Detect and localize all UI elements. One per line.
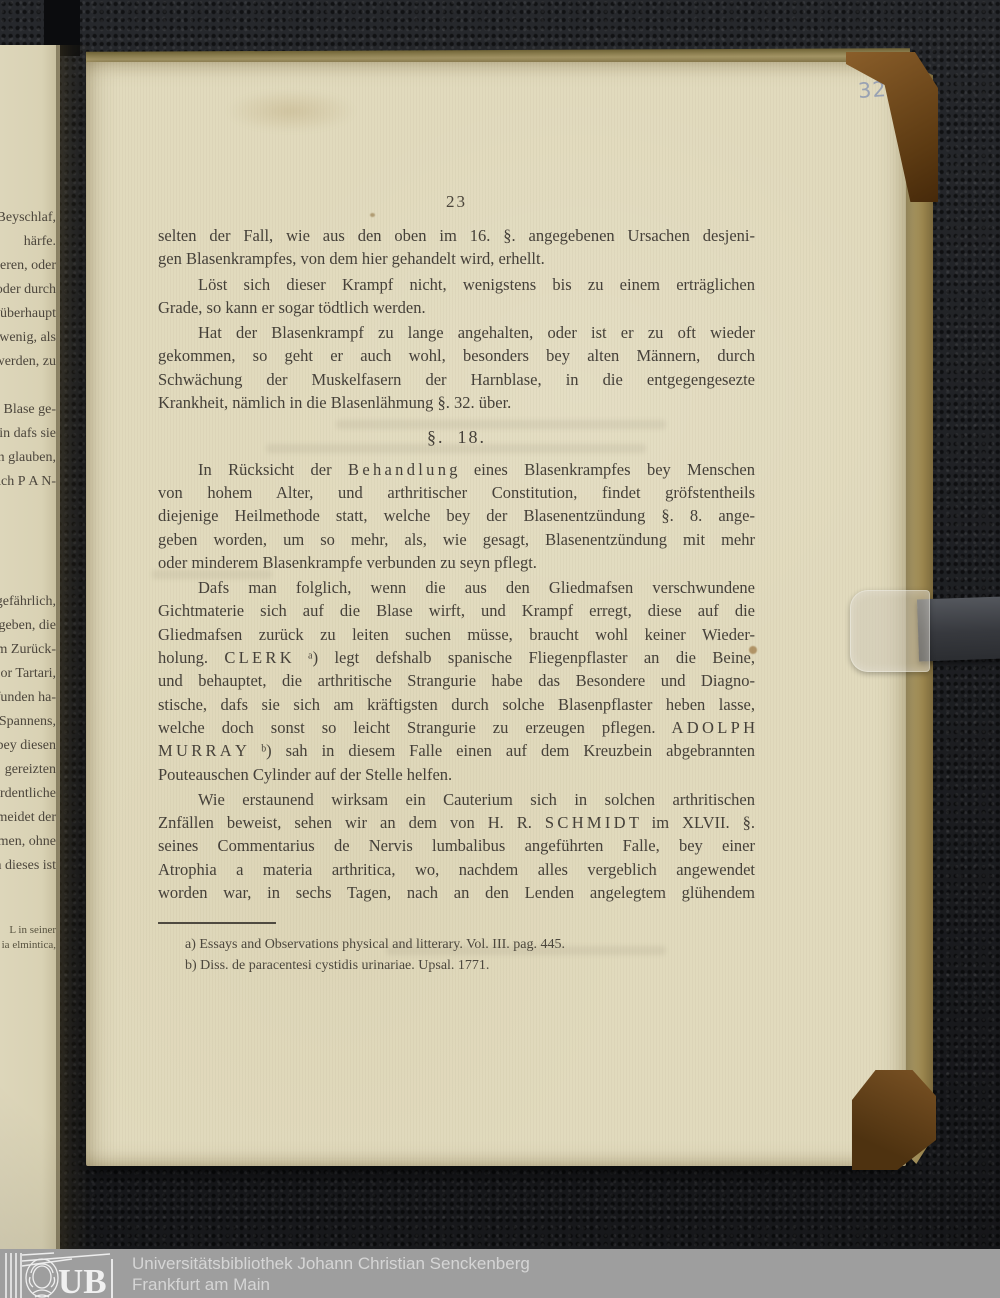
- book-scan-viewport: im Beyschlaf,härfe.Nieren, oder, oder du…: [0, 0, 1000, 1298]
- text-line: Gichtmaterie sich auf die Blase wirft, u…: [158, 599, 755, 622]
- text-line: Schwächung der Muskelfasern der Harnblas…: [158, 368, 755, 391]
- text-line: gekommen, so geht er auch wohl, besonder…: [158, 344, 755, 367]
- text-line: Dafs man folglich, wenn die aus den Glie…: [158, 576, 755, 599]
- text-line: Pouteauschen Cylinder auf der Stelle hel…: [158, 763, 755, 786]
- footnote-rule: [158, 922, 276, 924]
- facing-page-text-fragment: , überhaupt: [0, 302, 56, 326]
- facing-page-text-fragment: or Tartari,: [0, 662, 56, 686]
- text-line: welche doch sonst so leicht Strangurie z…: [158, 716, 755, 739]
- book-page: 32 23 selten der Fall, wie aus den oben …: [86, 62, 906, 1166]
- facing-page-text-fragment: auch P A N-: [0, 470, 56, 494]
- text-line: und behauptet, die arthritische Strangur…: [158, 669, 755, 692]
- facing-page-text-fragment: bey diesen: [0, 734, 56, 758]
- facing-page-text-fragment: wenig, als: [0, 326, 56, 350]
- text-line: M U R R A Y ᵇ) sah in diesem Falle einen…: [158, 739, 755, 762]
- paragraph-6: Wie erstaunend wirksam ein Cauterium sic…: [158, 788, 755, 904]
- paragraph-1: selten der Fall, wie aus den oben im 16.…: [158, 224, 755, 271]
- footnotes: a) Essays and Observations physical and …: [185, 934, 745, 976]
- facing-page-text-fragment: im Beyschlaf,: [0, 206, 56, 230]
- text-line: Znfällen beweist, sehen wir an dem von H…: [158, 811, 755, 834]
- page-holding-tab: [850, 590, 930, 672]
- section-heading: §. 18.: [158, 426, 755, 449]
- footnote: a) Essays and Observations physical and …: [185, 934, 745, 955]
- text-line: geben worden, um so mehr, als, wie gesag…: [158, 528, 755, 551]
- leather-corner-bottom-right: [852, 1070, 936, 1170]
- facing-page-text-fragment: um glauben,: [0, 446, 56, 470]
- facing-page-text-fragment: ia elmintica,: [0, 938, 56, 953]
- text-line: Wie erstaunend wirksam ein Cauterium sic…: [158, 788, 755, 811]
- text-line: Krankheit, nämlich in die Blasenlähmung …: [158, 391, 755, 414]
- ub-logo: UB: [2, 1251, 116, 1298]
- paragraph-2: Löst sich dieser Krampf nicht, wenigsten…: [158, 273, 755, 320]
- library-name-line2: Frankfurt am Main: [132, 1274, 530, 1295]
- library-name-line1: Universitätsbibliothek Johann Christian …: [132, 1253, 530, 1274]
- text-line: worden war, in sechs Tagen, nach an den …: [158, 881, 755, 904]
- printed-page-number: 23: [158, 192, 755, 212]
- library-name: Universitätsbibliothek Johann Christian …: [132, 1253, 530, 1295]
- facing-page-text-column: im Beyschlaf,härfe.Nieren, oder, oder du…: [0, 206, 56, 953]
- facing-page-text-fragment: n dieses ist: [0, 854, 56, 878]
- footnote: b) Diss. de paracentesi cystidis urinari…: [185, 955, 745, 976]
- text-line: Grade, so kann er sogar tödtlich werden.: [158, 296, 755, 319]
- paper-stain: [370, 213, 375, 217]
- facing-page-text-fragment: gereizten: [0, 758, 56, 782]
- text-line: Hat der Blasenkrampf zu lange angehalten…: [158, 321, 755, 344]
- logo-text: UB: [58, 1262, 107, 1298]
- facing-page-text-fragment: geben, die: [0, 614, 56, 638]
- paragraph-5: Dafs man folglich, wenn die aus den Glie…: [158, 576, 755, 786]
- facing-page-text-fragment: die Blase ge-: [0, 398, 56, 422]
- facing-page-text-fragment: llein dafs sie: [0, 422, 56, 446]
- facing-page-text-fragment: gefährlich,: [0, 590, 56, 614]
- page-text-block: selten der Fall, wie aus den oben im 16.…: [158, 224, 755, 906]
- text-line: von hohem Alter, und arthritischer Const…: [158, 481, 755, 504]
- paper-stain: [226, 90, 356, 132]
- text-line: gen Blasenkrampfes, von dem hier gehande…: [158, 247, 755, 270]
- facing-page-text-fragment: , oder durch: [0, 278, 56, 302]
- text-line: seines Commentarius de Nervis lumbalibus…: [158, 834, 755, 857]
- facing-page-text-fragment: ordentliche: [0, 782, 56, 806]
- library-banner: UB Universitätsbibliothek Johann Christi…: [0, 1249, 1000, 1298]
- facing-page-text-fragment: härfe.: [0, 230, 56, 254]
- facing-page-text-fragment: werden, zu: [0, 350, 56, 374]
- goethe-portrait-icon: [26, 1259, 58, 1297]
- paragraph-4: In Rücksicht der B e h a n d l u n g ein…: [158, 458, 755, 574]
- facing-page-text-fragment: em Zurück-: [0, 638, 56, 662]
- text-line: selten der Fall, wie aus den oben im 16.…: [158, 224, 755, 247]
- facing-page-text-fragment: funden ha-: [0, 686, 56, 710]
- text-line: holung. C L E R K ᵃ) legt defshalb spani…: [158, 646, 755, 669]
- facing-page-text-fragment: Spannens,: [0, 710, 56, 734]
- text-line: Löst sich dieser Krampf nicht, wenigsten…: [158, 273, 755, 296]
- text-line: In Rücksicht der B e h a n d l u n g ein…: [158, 458, 755, 481]
- facing-page-text-fragment: men, ohne: [0, 830, 56, 854]
- text-line: diejenige Heilmethode statt, welche bey …: [158, 504, 755, 527]
- text-line: stische, dafs sie sich am kräftigsten du…: [158, 693, 755, 716]
- facing-page-text-fragment: L in seiner: [0, 923, 56, 938]
- facing-page-text-fragment: meidet der: [0, 806, 56, 830]
- facing-page-text-fragment: Nieren, oder: [0, 254, 56, 278]
- paragraph-3: Hat der Blasenkrampf zu lange angehalten…: [158, 321, 755, 414]
- text-line: Gliedmafsen zurück zu leiten suchen müss…: [158, 623, 755, 646]
- text-line: Atrophia a materia arthritica, wo, nachd…: [158, 858, 755, 881]
- text-line: oder minderem Blasenkrampfe verbunden zu…: [158, 551, 755, 574]
